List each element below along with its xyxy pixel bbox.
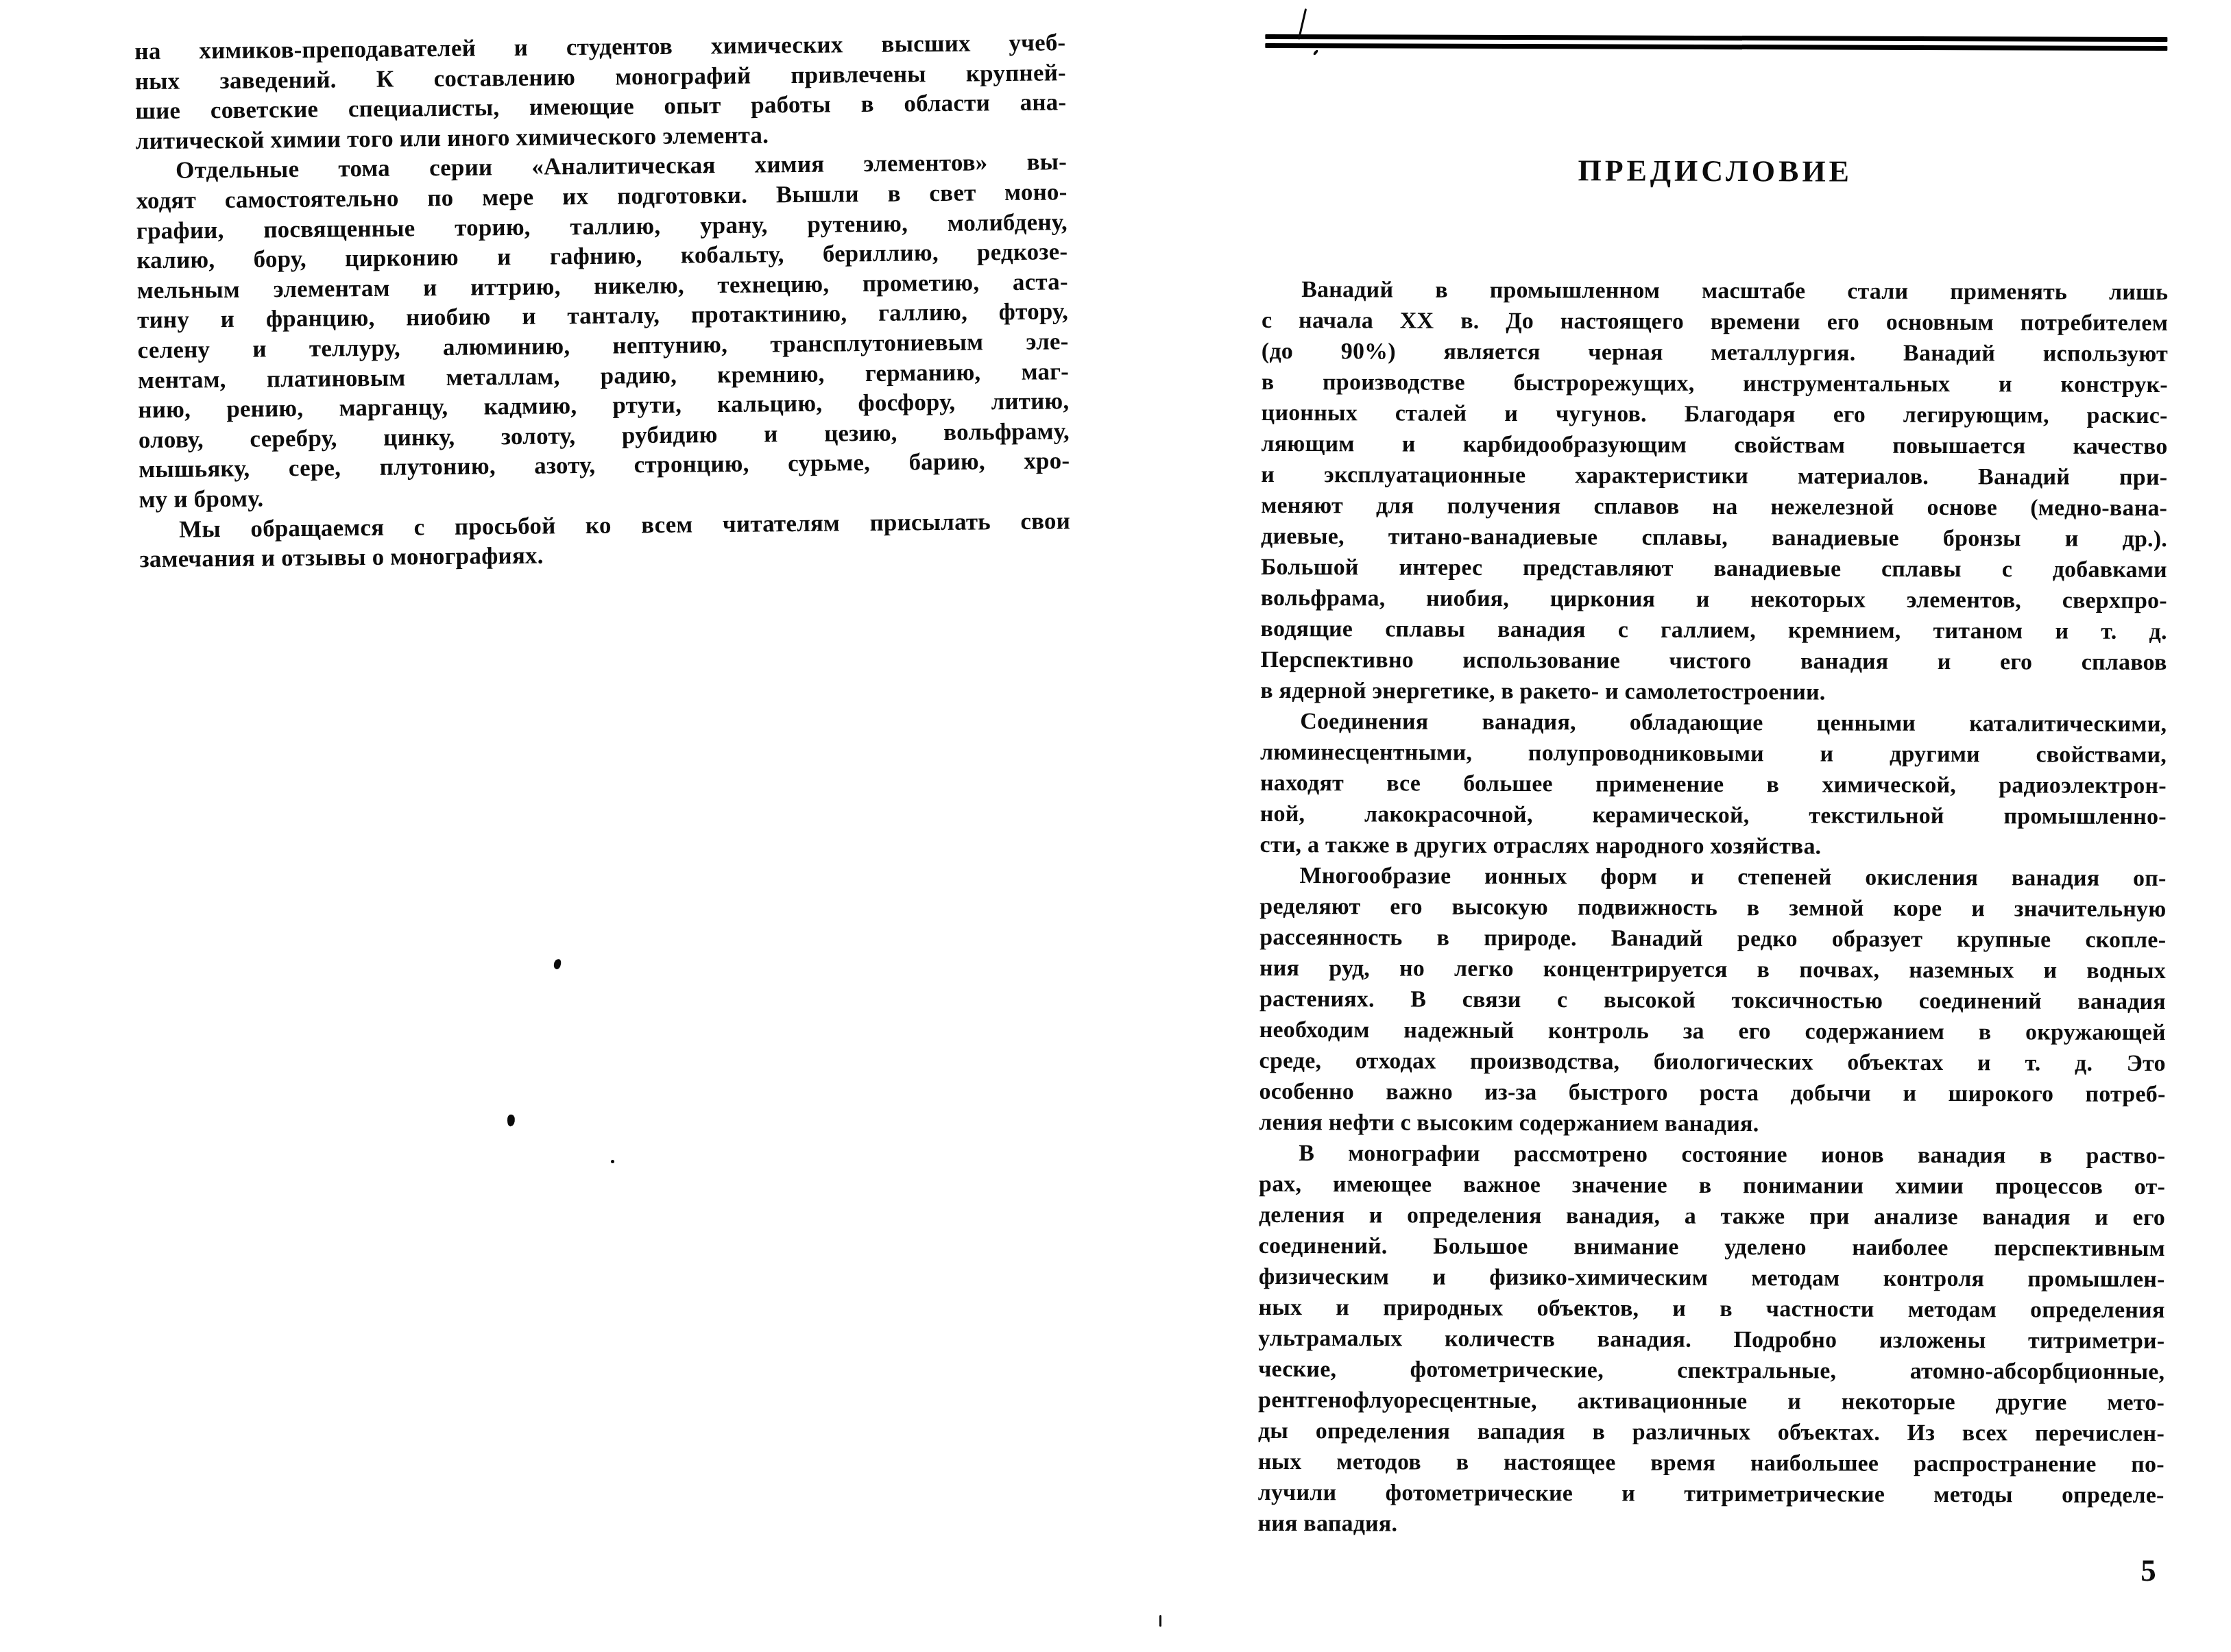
text-line: рассеянность в природе. Ванадий редко об… bbox=[1259, 922, 2166, 956]
text-line: ческие, фотометрические, спектральные, а… bbox=[1258, 1354, 2164, 1387]
paragraph: Многообразие ионных форм и степеней окис… bbox=[1259, 860, 2166, 1141]
text-line: и эксплуатационные характеристики матери… bbox=[1261, 459, 2167, 493]
text-line: ных и природных объектов, и в частности … bbox=[1258, 1292, 2164, 1326]
text-line: ной, лакокрасочной, керамической, тексти… bbox=[1260, 799, 2167, 832]
right-page: ПРЕДИСЛОВИЕ Ванадий в промышленном масшт… bbox=[1257, 0, 2169, 1652]
paragraph: Ванадий в промышленном масштабе стали пр… bbox=[1260, 274, 2168, 709]
text-line: среде, отходах производства, биологическ… bbox=[1259, 1045, 2166, 1079]
text-line: ционных сталей и чугунов. Благодаря его … bbox=[1262, 398, 2168, 431]
left-page-text: на химиков-преподавателей и студентов хи… bbox=[134, 27, 1070, 574]
text-line: деления и определения ванадия, а также п… bbox=[1259, 1200, 2165, 1233]
text-line: ультрамалых количеств ванадия. Подробно … bbox=[1258, 1323, 2164, 1357]
text-line: рах, имеющее важное значение в понимании… bbox=[1259, 1169, 2165, 1202]
paragraph: Соединения ванадия, обладающие ценными к… bbox=[1260, 706, 2167, 863]
text-line: физическим и физико-химическим методам к… bbox=[1259, 1261, 2165, 1295]
text-line: лучили фотометрические и титриметрически… bbox=[1258, 1477, 2164, 1511]
rule-bar-top bbox=[1265, 34, 2167, 42]
paragraph: Мы обращаемся с просьбой ко всем читател… bbox=[139, 506, 1071, 574]
text-line: меняют для получения сплавов на нежелезн… bbox=[1261, 490, 2167, 524]
text-line: ния руд, но легко концентрируется в почв… bbox=[1259, 953, 2166, 986]
text-line: Перспективно использование чистого ванад… bbox=[1260, 644, 2167, 678]
text-line: сти, а также в других отраслях народного… bbox=[1260, 829, 2167, 863]
text-line: ляющим и карбидообразующим свойствам пов… bbox=[1261, 428, 2167, 462]
text-line: люминесцентными, полупроводниковыми и др… bbox=[1260, 737, 2167, 770]
text-line: Соединения ванадия, обладающие ценными к… bbox=[1260, 706, 2167, 740]
text-line: необходим надежный контроль за его содер… bbox=[1259, 1015, 2166, 1048]
left-page: на химиков-преподавателей и студентов хи… bbox=[134, 0, 1081, 1652]
rule-bar-bottom bbox=[1265, 43, 2167, 51]
paragraph: В монографии рассмотрено состояние ионов… bbox=[1257, 1138, 2165, 1542]
text-line: (до 90%) является черная металлургия. Ва… bbox=[1262, 336, 2168, 369]
text-line: ных методов в настоящее время наибольшее… bbox=[1258, 1446, 2164, 1480]
text-line: соединений. Большое внимание уделено наи… bbox=[1259, 1230, 2165, 1264]
text-line: Ванадий в промышленном масштабе стали пр… bbox=[1262, 274, 2168, 308]
text-line: В монографии рассмотрено состояние ионов… bbox=[1259, 1138, 2165, 1171]
text-line: в производстве быстрорежущих, инструмент… bbox=[1262, 367, 2168, 400]
text-line: Большой интерес представляют ванадиевые … bbox=[1261, 552, 2167, 585]
text-line: с начала XX в. До настоящего времени его… bbox=[1262, 305, 2168, 339]
text-line: ределяют его высокую подвижность в земно… bbox=[1259, 891, 2166, 925]
double-rule bbox=[1265, 34, 2167, 51]
text-line: диевые, титано-ванадиевые сплавы, ванади… bbox=[1261, 521, 2167, 555]
paragraph: Отдельные тома серии «Аналитическая хими… bbox=[136, 147, 1070, 515]
text-line: ления нефти с высоким содержанием ванади… bbox=[1259, 1107, 2165, 1141]
text-line: находят все большее применение в химичес… bbox=[1260, 768, 2167, 801]
ink-spot bbox=[611, 1160, 614, 1163]
text-line: растениях. В связи с высокой токсичность… bbox=[1259, 984, 2166, 1017]
chapter-title: ПРЕДИСЛОВИЕ bbox=[1262, 152, 2169, 191]
page-number: 5 bbox=[2140, 1553, 2156, 1588]
text-line: ния вападия. bbox=[1257, 1508, 2164, 1542]
text-line: Многообразие ионных форм и степеней окис… bbox=[1259, 860, 2166, 894]
gutter-mark bbox=[1159, 1615, 1161, 1627]
text-line: ды определения вападия в различных объек… bbox=[1258, 1416, 2164, 1449]
book-spread: на химиков-преподавателей и студентов хи… bbox=[0, 0, 2231, 1652]
text-line: водящие сплавы ванадия с галлием, кремни… bbox=[1261, 614, 2167, 647]
text-line: в ядерной энергетике, в ракето- и самоле… bbox=[1260, 675, 2167, 709]
text-line: рентгенофлуоресцентные, активационные и … bbox=[1258, 1385, 2164, 1418]
right-page-text: Ванадий в промышленном масштабе стали пр… bbox=[1257, 274, 2168, 1542]
text-line: особенно важно из-за быстрого роста добы… bbox=[1259, 1076, 2165, 1110]
text-line: вольфрама, ниобия, циркония и некоторых … bbox=[1261, 583, 2167, 616]
paragraph: на химиков-преподавателей и студентов хи… bbox=[134, 27, 1067, 156]
